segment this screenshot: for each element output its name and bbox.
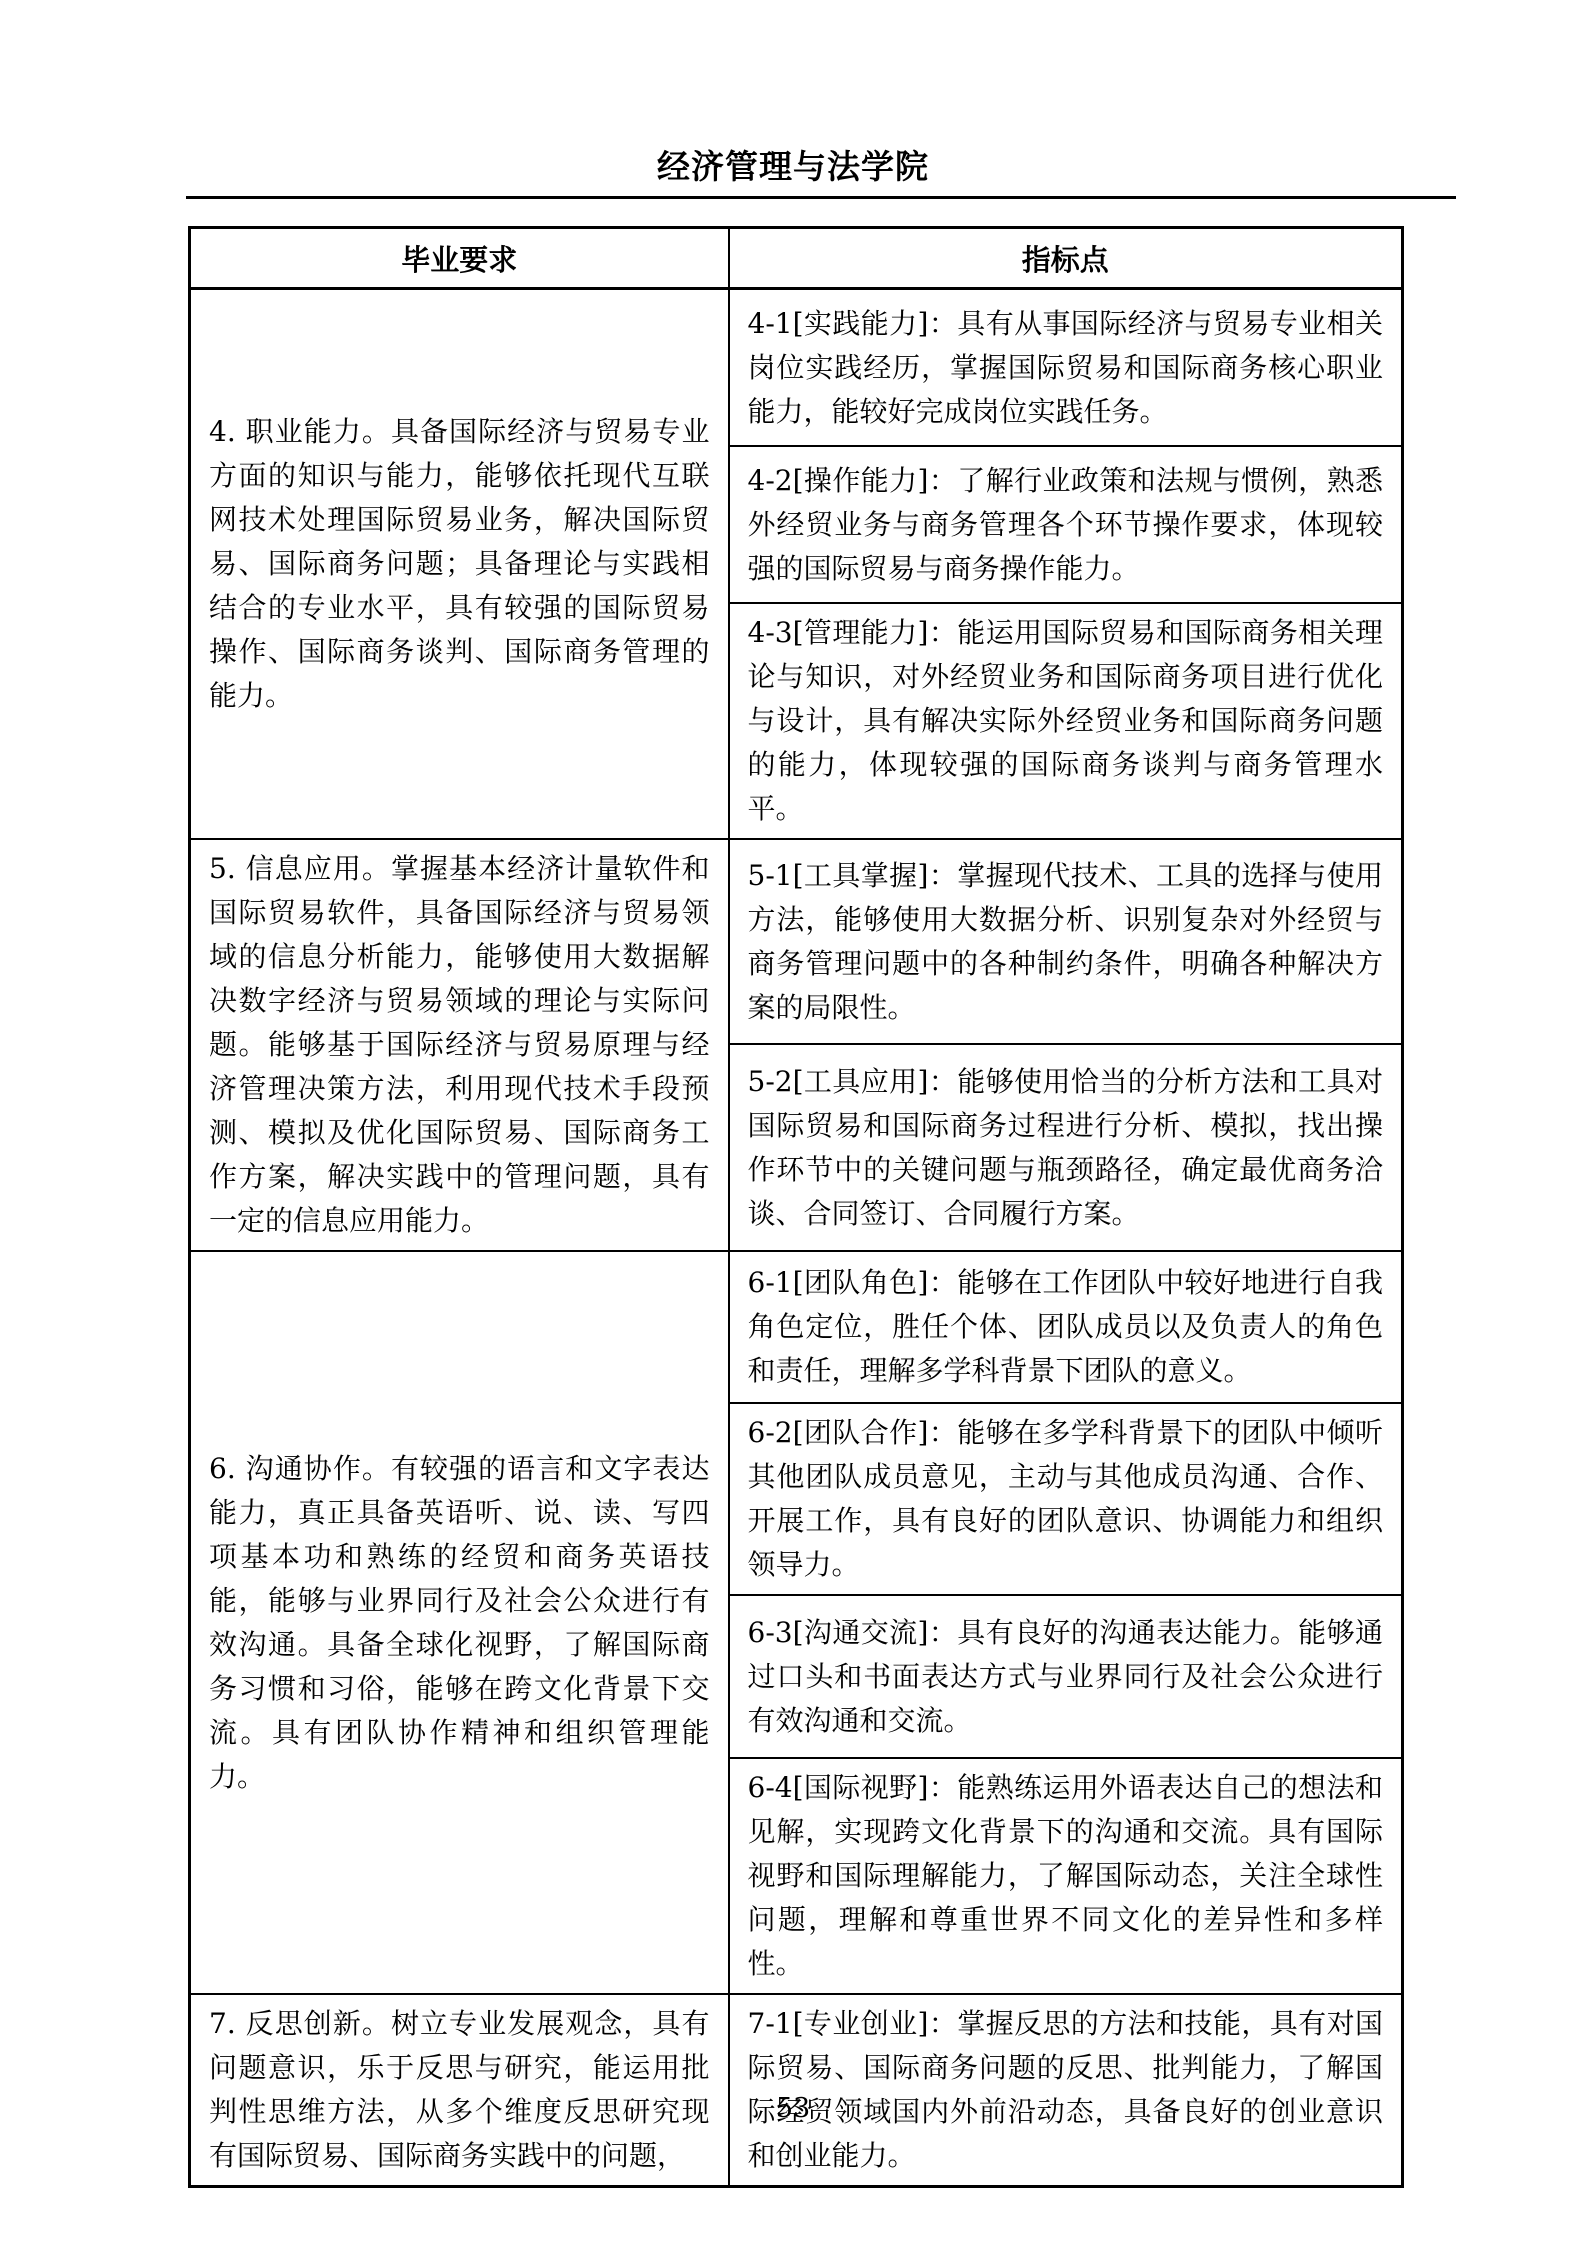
indicator-cell-4-1: 4-1[实践能力]：具有从事国际经济与贸易专业相关岗位实践经历，掌握国际贸易和国… (729, 289, 1403, 447)
requirement-cell-6: 6. 沟通协作。有较强的语言和文字表达能力，真正具备英语听、说、读、写四项基本功… (190, 1251, 729, 1994)
table-row: 7. 反思创新。树立专业发展观念，具有问题意识，乐于反思与研究，能运用批判性思维… (190, 1994, 1403, 2187)
table-row: 6. 沟通协作。有较强的语言和文字表达能力，真正具备英语听、说、读、写四项基本功… (190, 1251, 1403, 1403)
header-rule (186, 196, 1456, 199)
requirement-cell-7: 7. 反思创新。树立专业发展观念，具有问题意识，乐于反思与研究，能运用批判性思维… (190, 1994, 729, 2187)
requirement-cell-5: 5. 信息应用。掌握基本经济计量软件和国际贸易软件，具备国际经济与贸易领域的信息… (190, 839, 729, 1251)
table-row: 4. 职业能力。具备国际经济与贸易专业方面的知识与能力，能够依托现代互联网技术处… (190, 289, 1403, 447)
indicator-cell-6-2: 6-2[团队合作]：能够在多学科背景下的团队中倾听其他团队成员意见，主动与其他成… (729, 1403, 1403, 1595)
table-header-row: 毕业要求 指标点 (190, 228, 1403, 289)
document-page: 经济管理与法学院 毕业要求 指标点 4. 职业能力。具备国际经济与贸易专业方面的… (0, 0, 1586, 2245)
indicator-cell-6-3: 6-3[沟通交流]：具有良好的沟通表达能力。能够通过口头和书面表达方式与业界同行… (729, 1595, 1403, 1758)
col-header-indicator-point: 指标点 (729, 228, 1403, 289)
indicator-cell-4-2: 4-2[操作能力]：了解行业政策和法规与惯例，熟悉外经贸业务与商务管理各个环节操… (729, 446, 1403, 603)
indicator-cell-6-1: 6-1[团队角色]：能够在工作团队中较好地进行自我角色定位，胜任个体、团队成员以… (729, 1251, 1403, 1403)
page-number: 53 (0, 2092, 1586, 2126)
requirement-cell-4: 4. 职业能力。具备国际经济与贸易专业方面的知识与能力，能够依托现代互联网技术处… (190, 289, 729, 840)
indicator-cell-5-2: 5-2[工具应用]：能够使用恰当的分析方法和工具对国际贸易和国际商务过程进行分析… (729, 1044, 1403, 1251)
indicator-cell-4-3: 4-3[管理能力]：能运用国际贸易和国际商务相关理论与知识，对外经贸业务和国际商… (729, 603, 1403, 839)
indicator-cell-6-4: 6-4[国际视野]：能熟练运用外语表达自己的想法和见解，实现跨文化背景下的沟通和… (729, 1758, 1403, 1994)
requirements-table: 毕业要求 指标点 4. 职业能力。具备国际经济与贸易专业方面的知识与能力，能够依… (188, 226, 1404, 2188)
indicator-cell-5-1: 5-1[工具掌握]：掌握现代技术、工具的选择与使用方法，能够使用大数据分析、识别… (729, 839, 1403, 1044)
table-row: 5. 信息应用。掌握基本经济计量软件和国际贸易软件，具备国际经济与贸易领域的信息… (190, 839, 1403, 1044)
page-header-title: 经济管理与法学院 (0, 146, 1586, 188)
indicator-cell-7-1: 7-1[专业创业]：掌握反思的方法和技能，具有对国际贸易、国际商务问题的反思、批… (729, 1994, 1403, 2187)
col-header-graduation-requirement: 毕业要求 (190, 228, 729, 289)
